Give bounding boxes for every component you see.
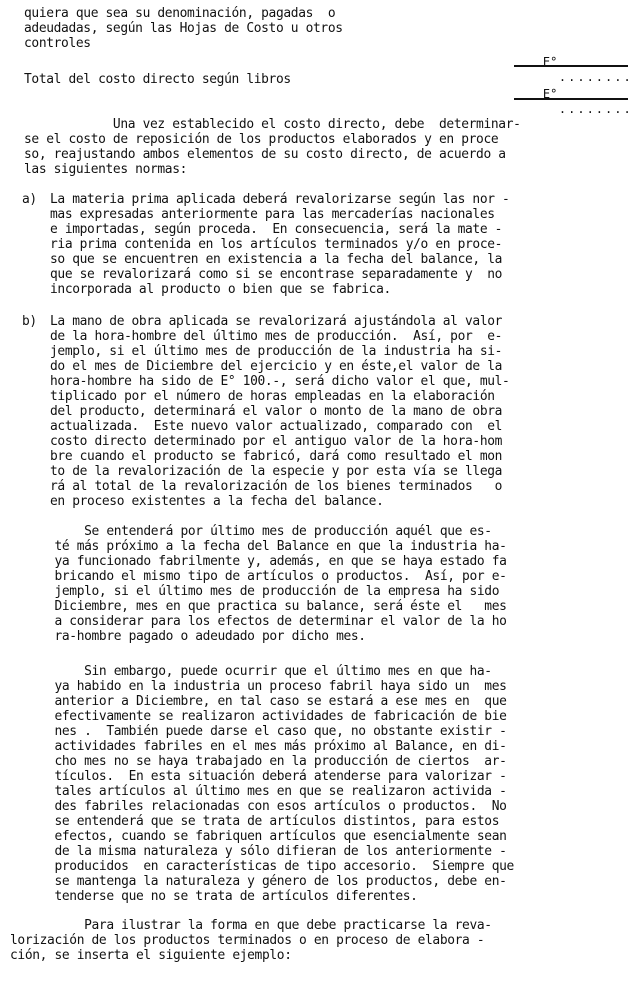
paragraph-line: producidos en características de tipo ac… — [10, 859, 514, 874]
paragraph-line: incorporada al producto o bien que se fa… — [50, 282, 391, 297]
paragraph-line: jemplo, si el último mes de producción d… — [10, 584, 499, 599]
paragraph-line: en proceso existentes a la fecha del bal… — [50, 494, 384, 509]
list-marker: a) — [22, 192, 37, 207]
paragraph-line: tículos. En esta situación deberá atende… — [10, 769, 507, 784]
paragraph-line: Diciembre, mes en que practica su balanc… — [10, 599, 507, 614]
paragraph-line: Se entenderá por último mes de producció… — [10, 524, 492, 539]
paragraph-line: so que se encuentren en existencia a la … — [50, 252, 502, 267]
underline-rule — [514, 98, 628, 100]
paragraph-line: tenderse que no se trata de artículos di… — [10, 889, 418, 904]
paragraph-line: de la hora-hombre del último mes de prod… — [50, 329, 502, 344]
paragraph-line: cho mes no se haya trabajado en la produ… — [10, 754, 507, 769]
paragraph-line: hora-hombre ha sido de E° 100.-, será di… — [50, 374, 509, 389]
paragraph-line: ya habido en la industria un proceso fab… — [10, 679, 507, 694]
paragraph-line: las siguientes normas: — [24, 162, 187, 177]
header-line: controles — [24, 36, 91, 51]
paragraph-line: to de la revalorización de la especie y … — [50, 464, 502, 479]
paragraph-line: do el mes de Diciembre del ejercicio y e… — [50, 359, 502, 374]
list-marker: b) — [22, 314, 37, 329]
paragraph-line: ra-hombre pagado o adeudado por dicho me… — [10, 629, 366, 644]
paragraph-line: a considerar para los efectos de determi… — [10, 614, 507, 629]
paragraph-line: efectivamente se realizaron actividades … — [10, 709, 507, 724]
paragraph-line: mas expresadas anteriormente para las me… — [50, 207, 495, 222]
paragraph-line: Una vez establecido el costo directo, de… — [24, 117, 521, 132]
paragraph-line: bre cuando el producto se fabricó, dará … — [50, 449, 502, 464]
paragraph-line: bricando el mismo tipo de artículos o pr… — [10, 569, 507, 584]
paragraph-line: efectos, cuando se fabriquen artículos q… — [10, 829, 507, 844]
underline-rule — [514, 65, 628, 67]
amount-row: E° ........ — [514, 72, 628, 132]
paragraph-line: que se revalorizará como si se encontras… — [50, 267, 502, 282]
paragraph-line: La mano de obra aplicada se revalorizará… — [50, 314, 502, 329]
paragraph-line: nes . También puede darse el caso que, n… — [10, 724, 507, 739]
paragraph-line: rá al total de la revalorización de los … — [50, 479, 502, 494]
paragraph-line: costo directo determinado por el antiguo… — [50, 434, 502, 449]
paragraph-line: ya funcionado fabrilmente y, además, en … — [10, 554, 507, 569]
paragraph-line: ción, se inserta el siguiente ejemplo: — [10, 948, 292, 963]
header-line: quiera que sea su denominación, pagadas … — [24, 6, 335, 21]
typewritten-page: quiera que sea su denominación, pagadas … — [0, 0, 630, 992]
total-label: Total del costo directo según libros — [24, 72, 291, 87]
paragraph-line: actualizada. Este nuevo valor actualizad… — [50, 419, 502, 434]
paragraph-line: jemplo, si el último mes de producción d… — [50, 344, 502, 359]
paragraph-line: des fabriles relacionadas con esos artíc… — [10, 799, 507, 814]
paragraph-line: ria prima contenida en los artículos ter… — [50, 237, 502, 252]
paragraph-line: actividades fabriles en el mes más próxi… — [10, 739, 507, 754]
paragraph-line: tales artículos al último mes en que se … — [10, 784, 507, 799]
paragraph-line: so, reajustando ambos elementos de su co… — [24, 147, 506, 162]
paragraph-line: té más próximo a la fecha del Balance en… — [10, 539, 507, 554]
paragraph-line: La materia prima aplicada deberá revalor… — [50, 192, 509, 207]
paragraph-line: lorización de los productos terminados o… — [10, 933, 484, 948]
amount-placeholder: ........ — [559, 102, 630, 116]
paragraph-line: se entenderá que se trata de artículos d… — [10, 814, 499, 829]
paragraph-line: del producto, determinará el valor o mon… — [50, 404, 502, 419]
paragraph-line: se mantenga la naturaleza y género de lo… — [10, 874, 507, 889]
header-line: adeudadas, según las Hojas de Costo u ot… — [24, 21, 343, 36]
paragraph-line: se el costo de reposición de los product… — [24, 132, 498, 147]
paragraph-line: de la misma naturaleza y sólo difieran d… — [10, 844, 507, 859]
paragraph-line: anterior a Diciembre, en tal caso se est… — [10, 694, 507, 709]
paragraph-line: tiplicado por el número de horas emplead… — [50, 389, 495, 404]
paragraph-line: Para ilustrar la forma en que debe pract… — [10, 918, 492, 933]
paragraph-line: Sin embargo, puede ocurrir que el último… — [10, 664, 492, 679]
paragraph-line: e importadas, según proceda. En consecue… — [50, 222, 502, 237]
